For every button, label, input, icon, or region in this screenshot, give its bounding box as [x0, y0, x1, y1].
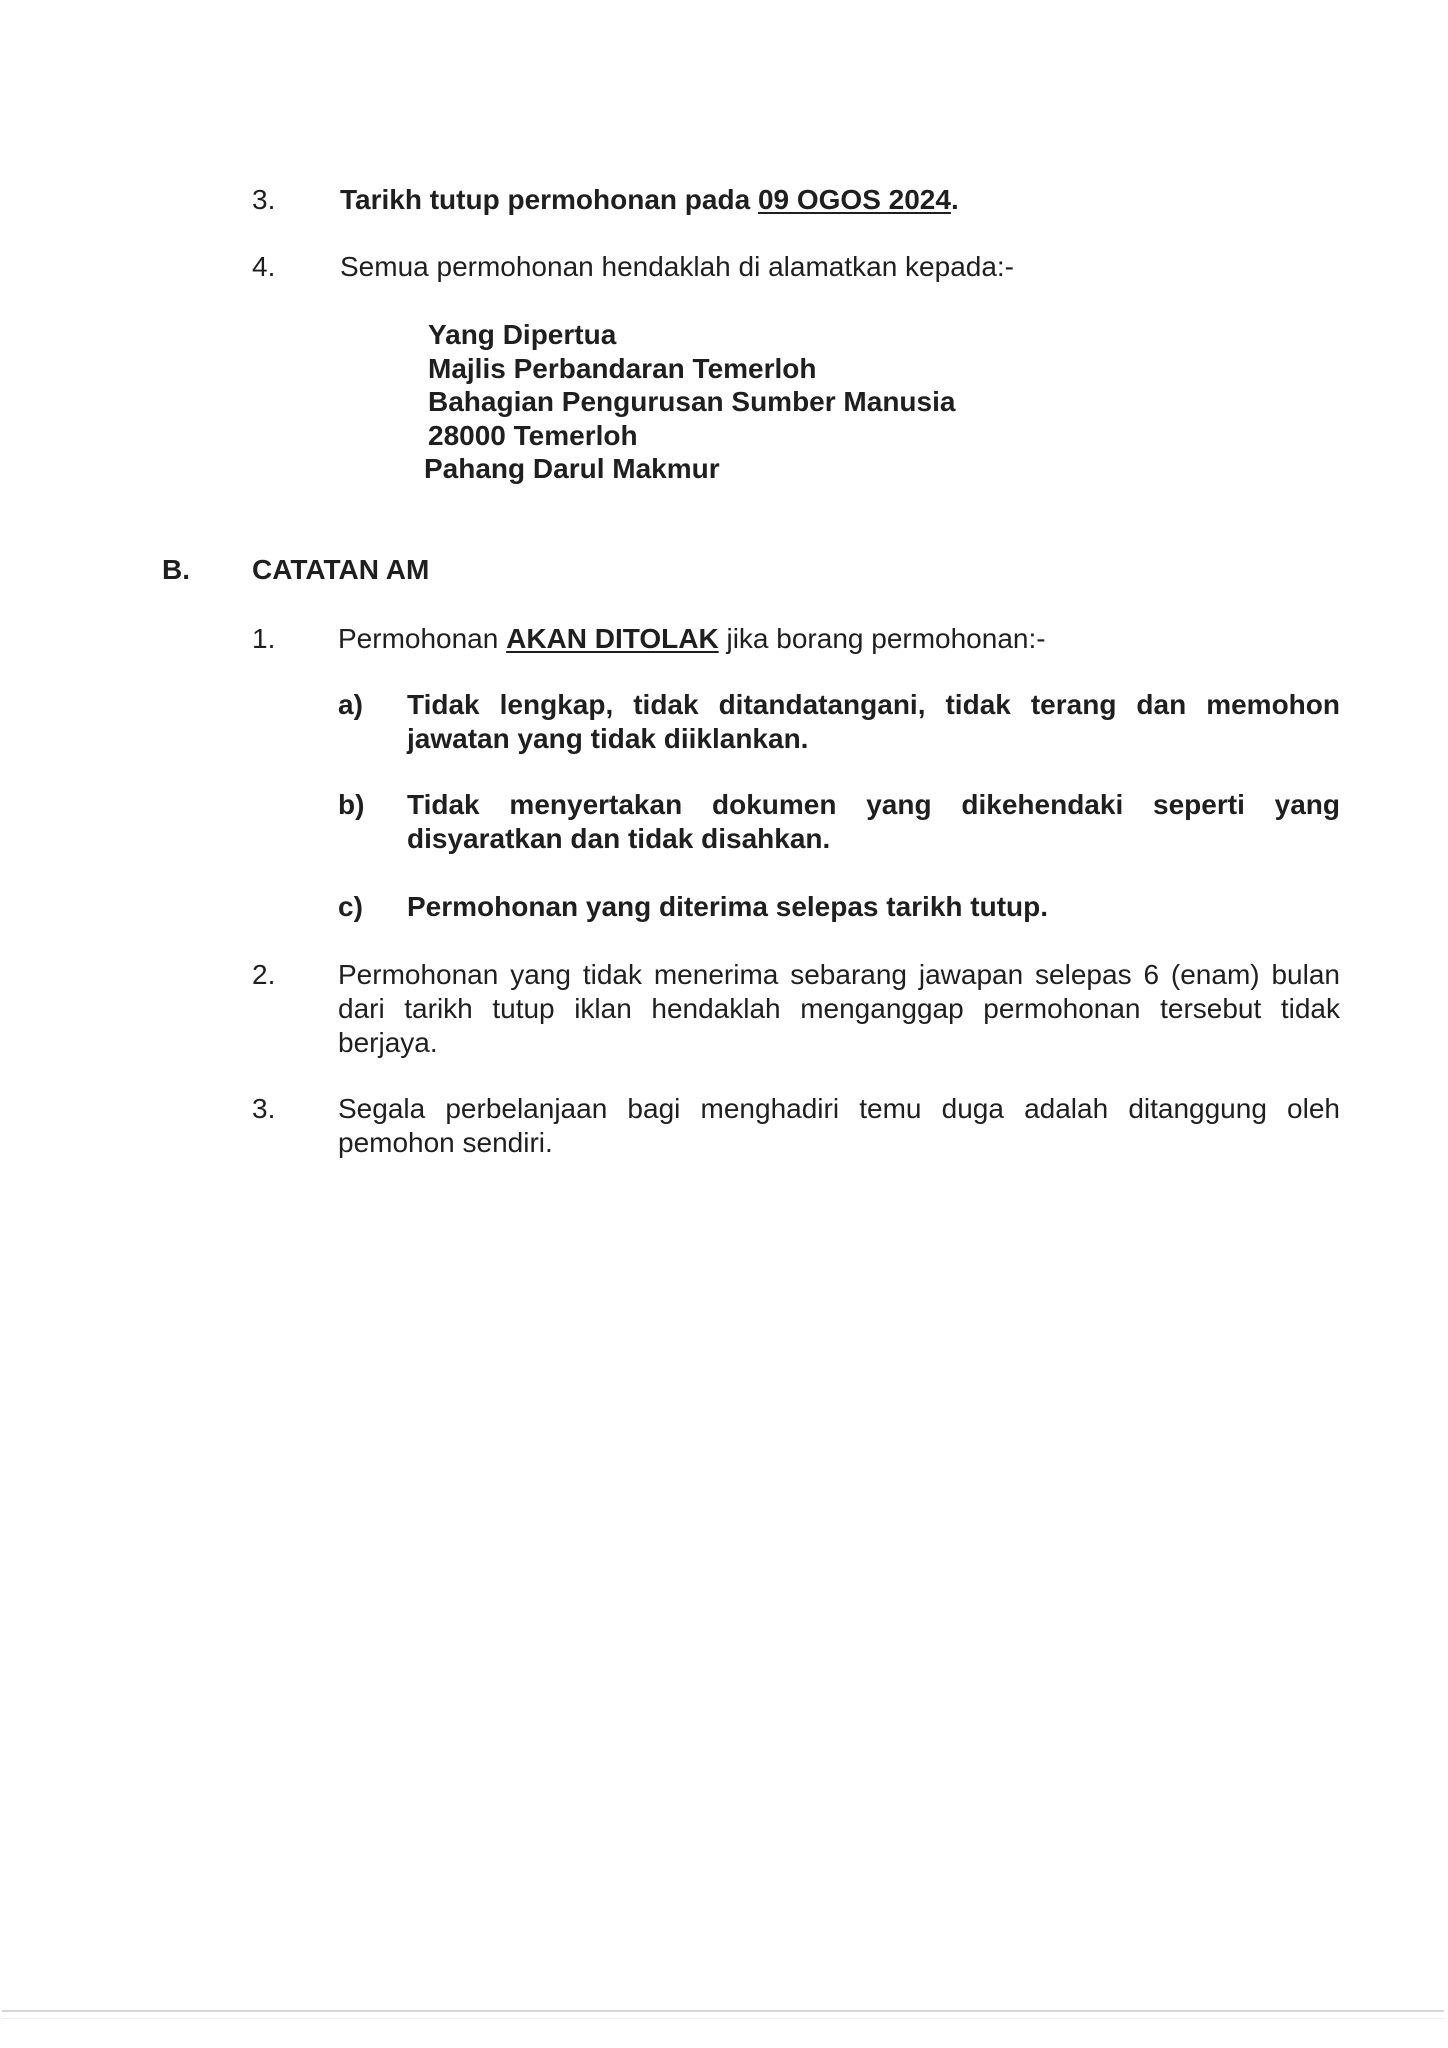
no-reply-note: Permohonan yang tidak menerima sebarang … [338, 958, 1340, 1060]
address-block: Yang Dipertua Majlis Perbandaran Temerlo… [428, 318, 955, 486]
subitem-label: c) [338, 890, 363, 924]
item-number: 2. [252, 958, 275, 992]
rejection-text-tail: jika borang permohonan:- [719, 623, 1046, 654]
note-line: dari tarikh tutup iklan hendaklah mengan… [338, 992, 1340, 1026]
section-letter: B. [162, 553, 190, 587]
scan-edge-line [2, 2010, 1444, 2012]
subitem-text: Tidak menyertakan dokumen yang dikehenda… [407, 788, 1340, 856]
closing-date-text: Tarikh tutup permohonan pada [340, 184, 758, 215]
rejection-text: Permohonan [338, 623, 506, 654]
item-number: 1. [252, 622, 275, 656]
subitem-line: Tidak menyertakan dokumen yang dikehenda… [407, 788, 1340, 822]
closing-date: 09 OGOS 2024 [758, 184, 951, 215]
subitem-line: Tidak lengkap, tidak ditandatangani, tid… [407, 688, 1340, 722]
note-line: Segala perbelanjaan bagi menghadiri temu… [338, 1092, 1340, 1126]
address-line: 28000 Temerloh [428, 419, 955, 453]
rejection-statement: Permohonan AKAN DITOLAK jika borang perm… [338, 622, 1046, 656]
item-number: 4. [252, 250, 275, 284]
item-number: 3. [252, 1092, 275, 1126]
subitem-label: a) [338, 688, 363, 722]
address-line: Pahang Darul Makmur [424, 452, 955, 486]
item-number: 3. [252, 183, 275, 217]
subitem-text: Permohonan yang diterima selepas tarikh … [407, 890, 1048, 924]
subitem-label: b) [338, 788, 364, 822]
note-line: pemohon sendiri. [338, 1126, 1340, 1160]
rejection-emphasis: AKAN DITOLAK [506, 623, 719, 654]
address-line: Yang Dipertua [428, 318, 955, 352]
section-title: CATATAN AM [252, 553, 429, 587]
address-instruction: Semua permohonan hendaklah di alamatkan … [340, 250, 1014, 284]
subitem-line: jawatan yang tidak diiklankan. [407, 722, 1340, 756]
subitem-text: Tidak lengkap, tidak ditandatangani, tid… [407, 688, 1340, 756]
address-line: Bahagian Pengurusan Sumber Manusia [428, 385, 955, 419]
note-line: Permohonan yang tidak menerima sebarang … [338, 958, 1340, 992]
address-line: Majlis Perbandaran Temerloh [428, 352, 955, 386]
scan-edge-line [2, 2018, 1444, 2019]
expense-note: Segala perbelanjaan bagi menghadiri temu… [338, 1092, 1340, 1160]
closing-date-statement: Tarikh tutup permohonan pada 09 OGOS 202… [340, 183, 959, 217]
note-line: berjaya. [338, 1026, 1340, 1060]
subitem-line: disyaratkan dan tidak disahkan. [407, 822, 1340, 856]
closing-date-period: . [951, 184, 959, 215]
